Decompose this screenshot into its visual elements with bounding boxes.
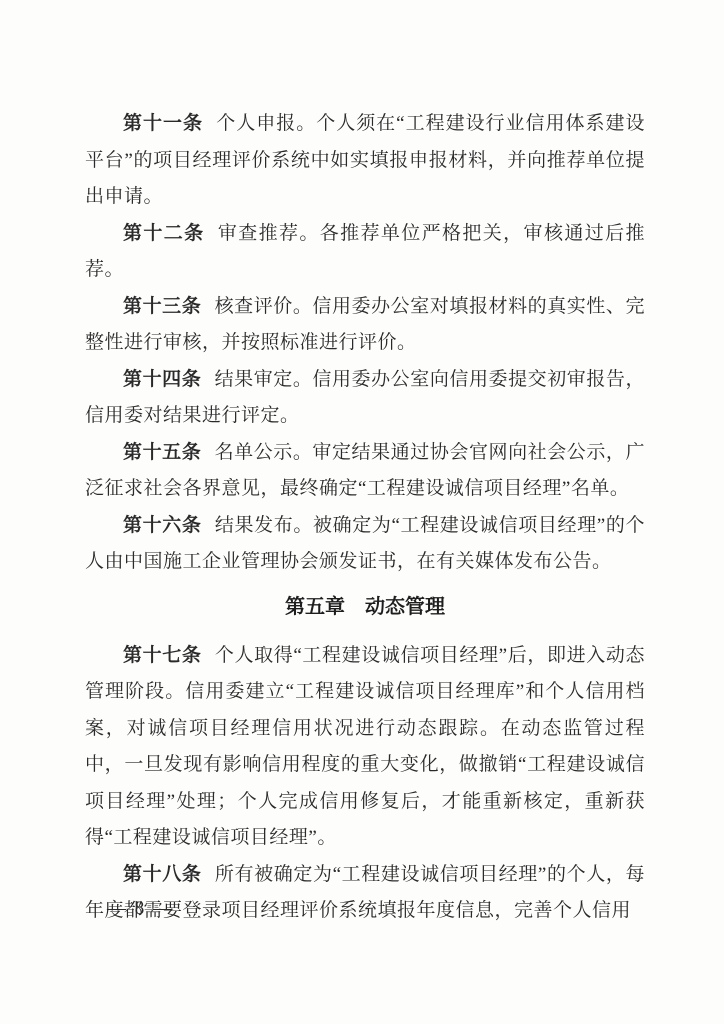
chapter-title: 动态管理 [365,596,445,618]
page-footer: — 8 — [107,898,174,920]
article-number: 第十八条 [123,864,202,885]
document-body: 第十一条个人申报。个人须在“工程建设行业信用体系建设平台”的项目经理评价系统中如… [85,106,645,930]
article-text: 个人取得“工程建设诚信项目经理”后，即进入动态管理阶段。信用委建立“工程建设诚信… [85,645,645,849]
article-number: 第十七条 [123,645,202,666]
chapter-number: 第五章 [285,596,345,618]
article-number: 第十一条 [123,113,203,134]
article-paragraph: 第十三条核查评价。信用委办公室对填报材料的真实性、完整性进行审核，并按照标准进行… [85,289,645,362]
chapter-heading: 第五章动态管理 [85,589,645,626]
article-number: 第十三条 [123,296,201,317]
article-paragraph: 第十一条个人申报。个人须在“工程建设行业信用体系建设平台”的项目经理评价系统中如… [85,106,645,216]
article-paragraph: 第十四条结果审定。信用委办公室向信用委提交初审报告，信用委对结果进行评定。 [85,362,645,435]
article-number: 第十五条 [123,442,201,463]
article-paragraph: 第十五条名单公示。审定结果通过协会官网向社会公示，广泛征求社会各界意见，最终确定… [85,435,645,508]
article-number: 第十二条 [123,223,205,244]
article-paragraph: 第十二条审查推荐。各推荐单位严格把关，审核通过后推荐。 [85,216,645,289]
article-number: 第十六条 [123,515,202,536]
page-number: — 8 — [107,898,174,919]
article-paragraph: 第十六条结果发布。被确定为“工程建设诚信项目经理”的个人由中国施工企业管理协会颁… [85,508,645,581]
article-number: 第十四条 [123,369,201,390]
article-paragraph: 第十七条个人取得“工程建设诚信项目经理”后，即进入动态管理阶段。信用委建立“工程… [85,638,645,857]
document-page: 第十一条个人申报。个人须在“工程建设行业信用体系建设平台”的项目经理评价系统中如… [0,0,724,1024]
